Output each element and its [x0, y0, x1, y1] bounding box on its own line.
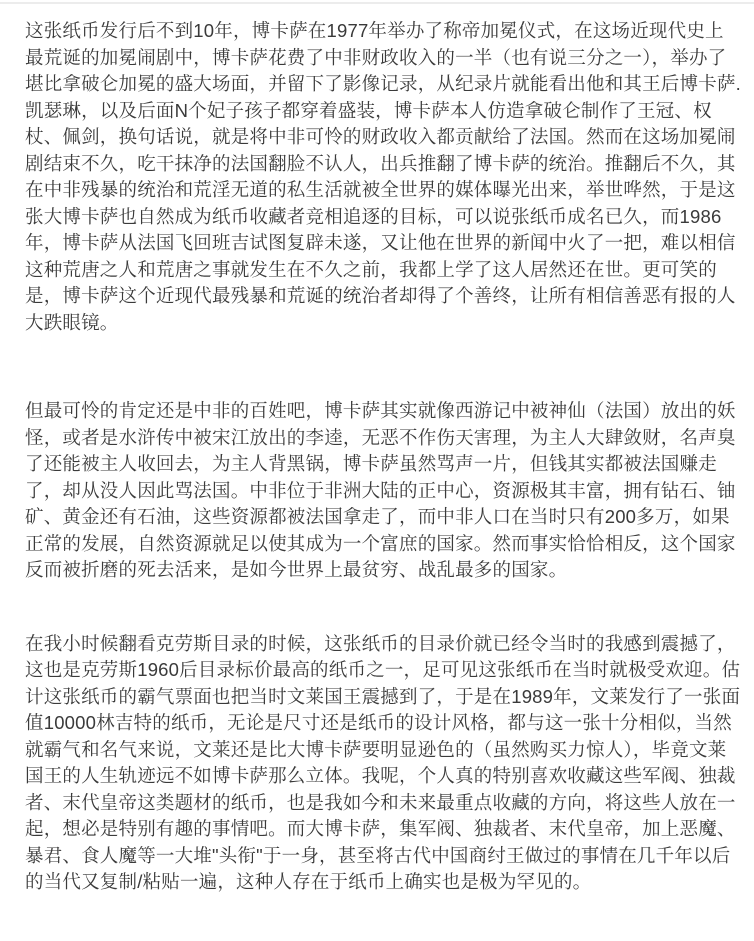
text-line: 国王的人生轨迹远不如博卡萨那么立体。我呢，个人真的特别喜欢收藏这些军阀、独裁 — [25, 763, 730, 790]
text-line: 就霸气和名气来说，文莱还是比大博卡萨要明显逊色的（虽然购买力惊人），毕竟文莱 — [25, 737, 730, 764]
text-line: 是，博卡萨这个近现代最残暴和荒诞的统治者却得了个善终，让所有相信善恶有报的人 — [25, 283, 730, 310]
text-line: 计这张纸币的霸气票面也把当时文莱国王震撼到了，于是在1989年，文莱发行了一张面 — [25, 684, 730, 711]
text-line: 了还能被主人收回去，为主人背黑锅，博卡萨虽然骂声一片，但钱其实都被法国赚走 — [25, 451, 730, 478]
paragraph-coronation: 这张纸币发行后不到10年，博卡萨在1977年举办了称帝加冕仪式，在这场近现代史上… — [25, 18, 730, 336]
text-line: 了，却从没人因此骂法国。中非位于非洲大陆的正中心，资源极其丰富，拥有钻石、铀 — [25, 478, 730, 505]
text-line: 怪，或者是水浒传中被宋江放出的李逵，无恶不作伤天害理，为主人大肆敛财，名声臭 — [25, 425, 730, 452]
text-line: 这张纸币发行后不到10年，博卡萨在1977年举办了称帝加冕仪式，在这场近现代史上 — [25, 18, 730, 45]
text-line: 起，想必是特别有趣的事情吧。而大博卡萨，集军阀、独裁者、末代皇帝，加上恶魔、 — [25, 816, 730, 843]
top-divider — [0, 2, 754, 4]
text-line: 的当代又复制/粘贴一遍，这种人存在于纸币上确实也是极为罕见的。 — [25, 869, 730, 896]
text-line: 者、末代皇帝这类题材的纸币，也是我如今和未来最重点收藏的方向，将这些人放在一 — [25, 790, 730, 817]
text-line: 年，博卡萨从法国飞回班吉试图复辟未遂，又让他在世界的新闻中火了一把，难以相信 — [25, 230, 730, 257]
paragraph-collecting: 在我小时候翻看克劳斯目录的时候，这张纸币的目录价就已经令当时的我感到震撼了，这也… — [25, 631, 730, 896]
text-line: 凯瑟琳，以及后面N个妃子孩子都穿着盛装，博卡萨本人仿造拿破仑制作了王冠、权 — [25, 98, 730, 125]
text-line: 反而被折磨的死去活来，是如今世界上最贫穷、战乱最多的国家。 — [25, 557, 730, 584]
text-line: 这也是克劳斯1960后目录标价最高的纸币之一，足可见这张纸币在当时就极受欢迎。估 — [25, 657, 730, 684]
text-line: 堪比拿破仑加冕的盛大场面，并留下了影像记录，从纪录片就能看出他和其王后博卡萨. — [25, 71, 730, 98]
text-line: 杖、佩剑，换句话说，就是将中非可怜的财政收入都贡献给了法国。然而在这场加冕闹 — [25, 124, 730, 151]
text-line: 暴君、食人魔等一大堆"头衔"于一身，甚至将古代中国商纣王做过的事情在几千年以后 — [25, 843, 730, 870]
article-text: 这张纸币发行后不到10年，博卡萨在1977年举办了称帝加冕仪式，在这场近现代史上… — [0, 0, 754, 896]
text-line: 矿、黄金还有石油，这些资源都被法国拿走了，而中非人口在当时只有200多万，如果 — [25, 504, 730, 531]
text-line: 这种荒唐之人和荒唐之事就发生在不久之前，我都上学了这人居然还在世。更可笑的 — [25, 257, 730, 284]
text-line: 张大博卡萨也自然成为纸币收藏者竞相追逐的目标，可以说张纸币成名已久，而1986 — [25, 204, 730, 231]
text-line: 剧结束不久，吃干抹净的法国翻脸不认人，出兵推翻了博卡萨的统治。推翻后不久，其 — [25, 151, 730, 178]
text-line: 值10000林吉特的纸币，无论是尺寸还是纸币的设计风格，都与这一张十分相似，当然 — [25, 710, 730, 737]
text-line: 在我小时候翻看克劳斯目录的时候，这张纸币的目录价就已经令当时的我感到震撼了， — [25, 631, 730, 658]
text-line: 但最可怜的肯定还是中非的百姓吧，博卡萨其实就像西游记中被神仙（法国）放出的妖 — [25, 398, 730, 425]
document-page: 这张纸币发行后不到10年，博卡萨在1977年举办了称帝加冕仪式，在这场近现代史上… — [0, 0, 754, 896]
paragraph-people-of-car: 但最可怜的肯定还是中非的百姓吧，博卡萨其实就像西游记中被神仙（法国）放出的妖怪，… — [25, 398, 730, 584]
text-line: 在中非残暴的统治和荒淫无道的私生活就被全世界的媒体曝光出来，举世哗然，于是这 — [25, 177, 730, 204]
text-line: 大跌眼镜。 — [25, 310, 730, 337]
text-line: 最荒诞的加冕闹剧中，博卡萨花费了中非财政收入的一半（也有说三分之一），举办了 — [25, 45, 730, 72]
text-line: 正常的发展，自然资源就足以使其成为一个富庶的国家。然而事实恰恰相反，这个国家 — [25, 531, 730, 558]
